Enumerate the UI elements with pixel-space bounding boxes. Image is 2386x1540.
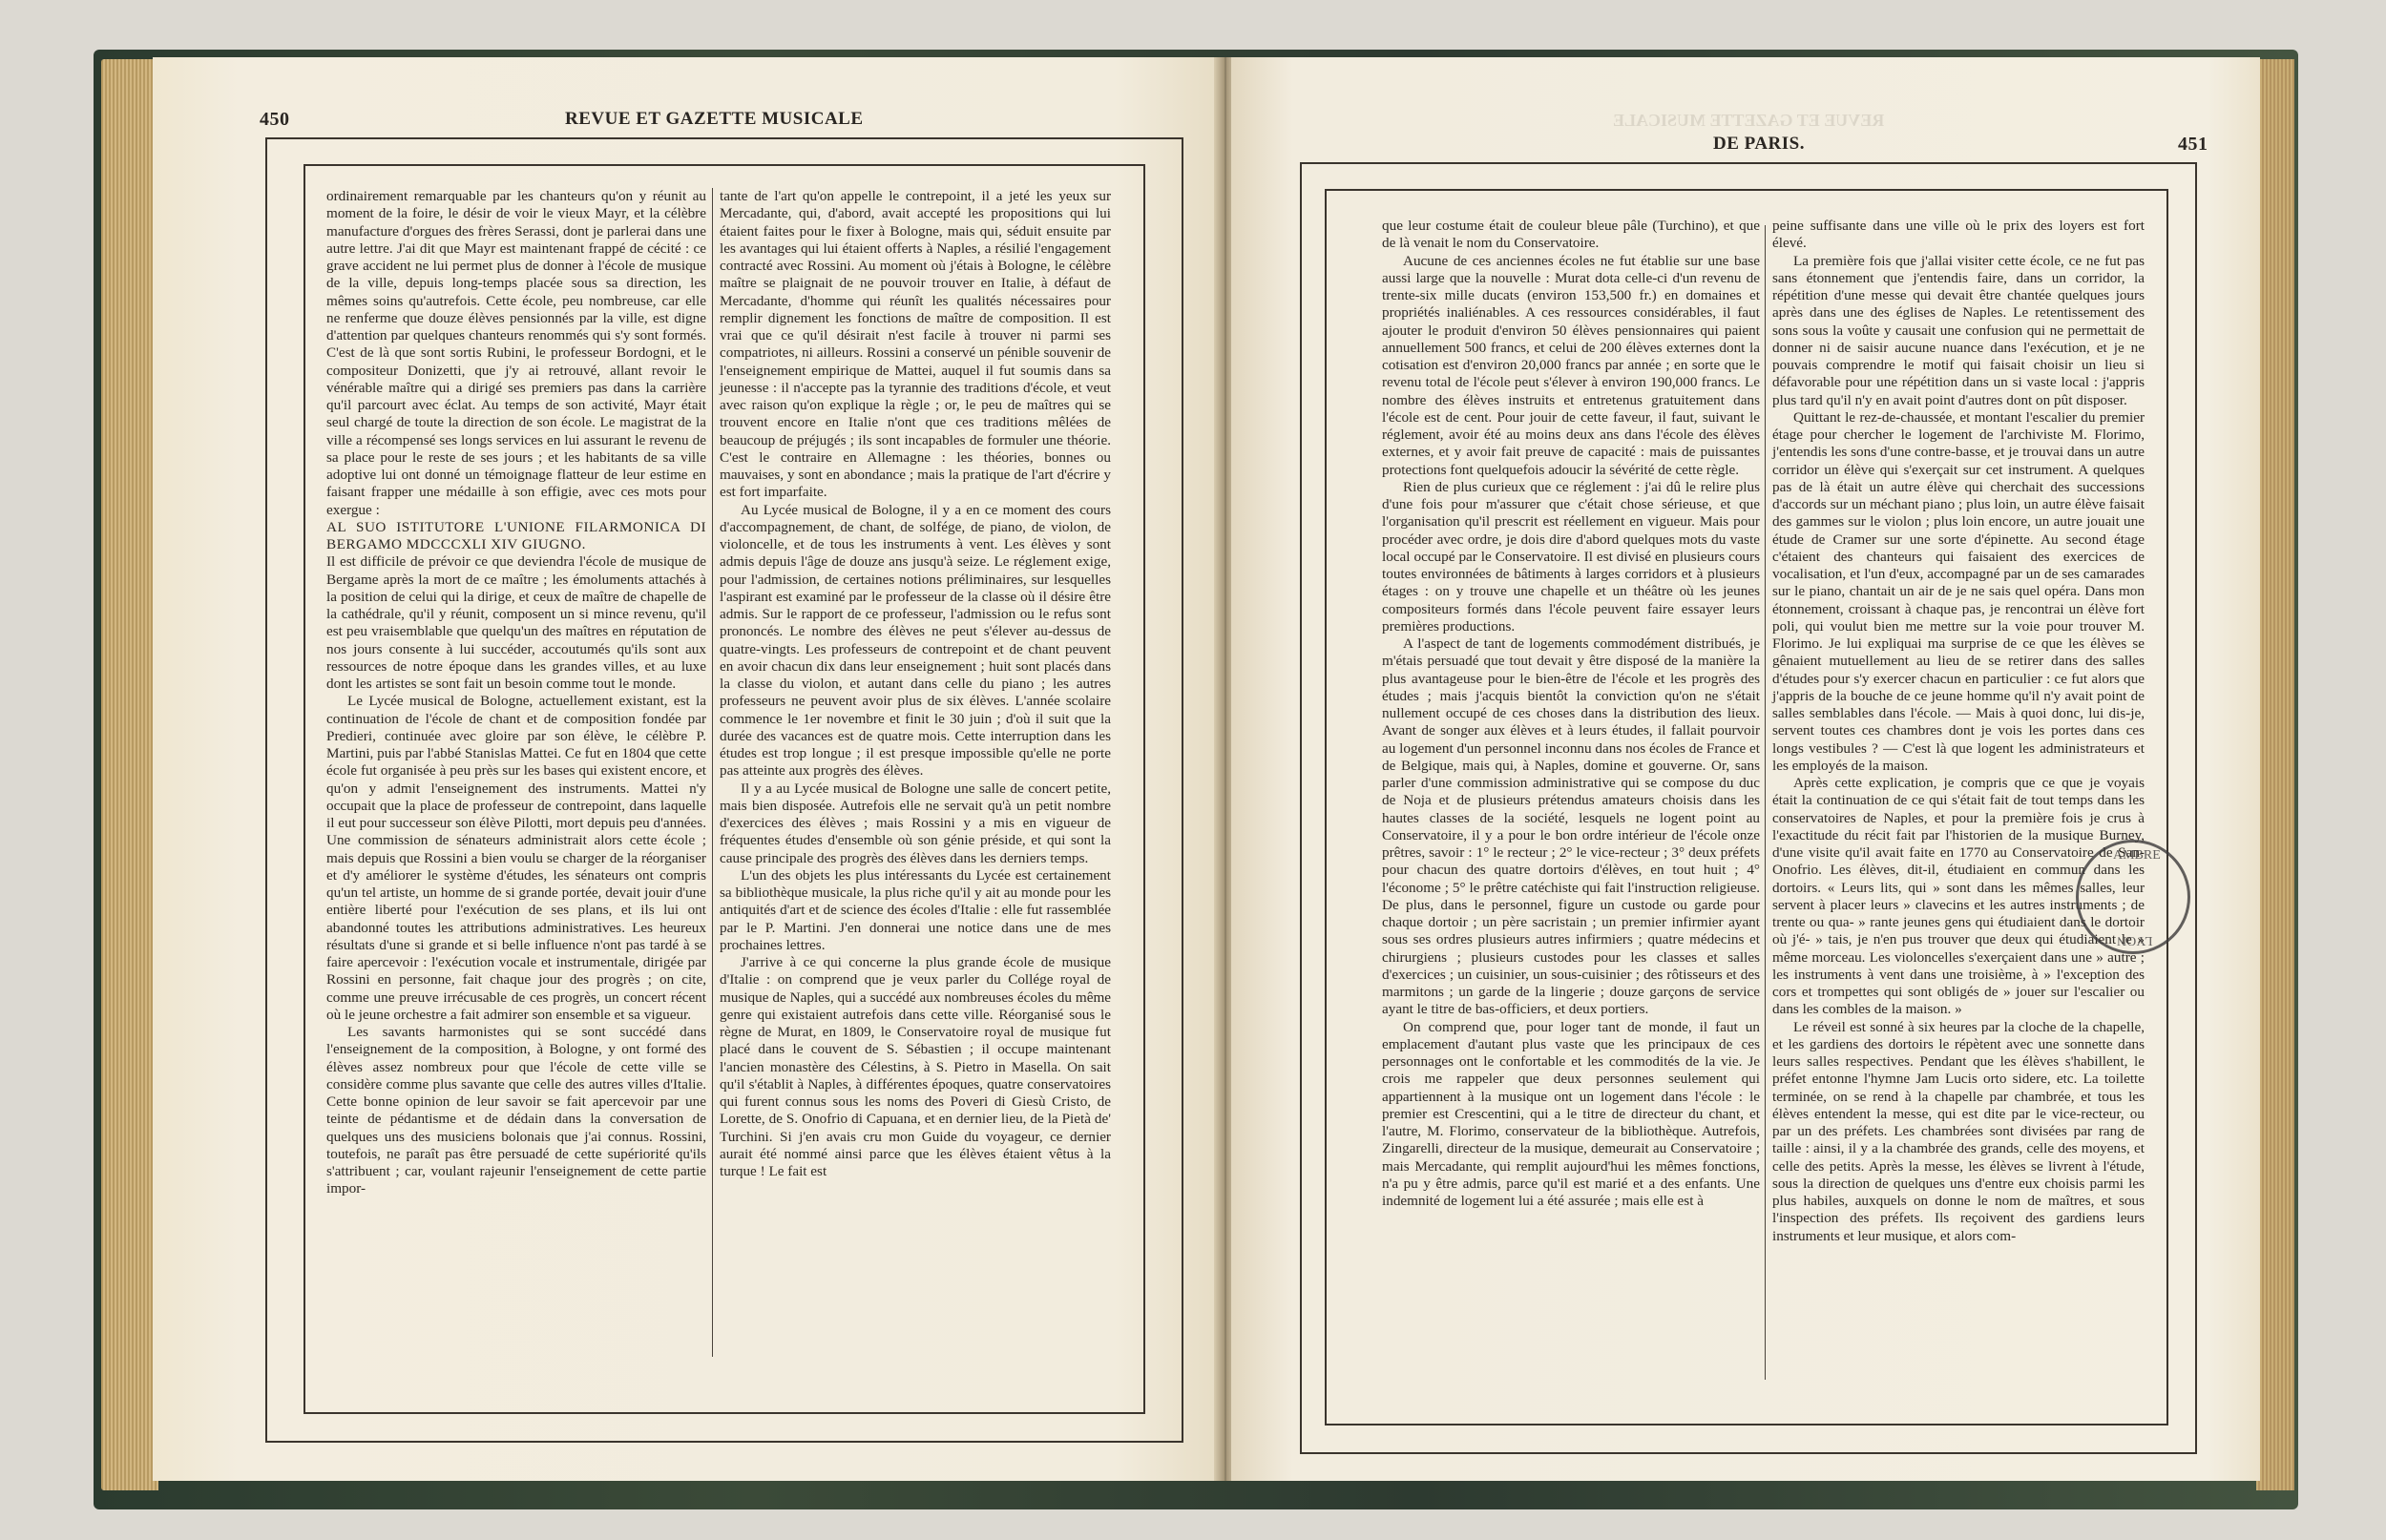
- paragraph: Rien de plus curieux que ce réglement : …: [1382, 479, 1760, 635]
- left-page-column-1: ordinairement remarquable par les chante…: [326, 188, 706, 1198]
- paragraph: On comprend que, pour loger tant de mond…: [1382, 1019, 1760, 1211]
- stamp-text-top: AMBRE: [2113, 848, 2161, 864]
- library-stamp: AMBRE LYON: [2076, 840, 2190, 954]
- right-page-column-1: que leur costume était de couleur bleue …: [1382, 218, 1760, 1210]
- paragraph: Au Lycée musical de Bologne, il y a en c…: [720, 502, 1111, 780]
- paragraph: J'arrive à ce qui concerne la plus grand…: [720, 954, 1111, 1180]
- paragraph: La première fois que j'allai visiter cet…: [1772, 253, 2145, 409]
- paragraph: ordinairement remarquable par les chante…: [326, 188, 706, 519]
- paragraph: A l'aspect de tant de logements commodém…: [1382, 635, 1760, 1019]
- left-column-rule: [712, 188, 713, 1357]
- paragraph: que leur costume était de couleur bleue …: [1382, 218, 1760, 253]
- paragraph: Aucune de ces anciennes écoles ne fut ét…: [1382, 253, 1760, 479]
- paragraph: Les savants harmonistes qui se sont succ…: [326, 1024, 706, 1198]
- left-page-number: 450: [260, 109, 290, 131]
- left-running-head: REVUE ET GAZETTE MUSICALE: [565, 109, 864, 130]
- right-page-column-2: peine suffisante dans une ville où le pr…: [1772, 218, 2145, 1245]
- right-running-head: DE PARIS.: [1713, 134, 1805, 155]
- show-through-text: REVUE ET GAZETTE MUSICALE: [1613, 111, 1884, 131]
- paragraph: Quittant le rez-de-chaussée, et montant …: [1772, 409, 2145, 775]
- paragraph: Le réveil est sonné à six heures par la …: [1772, 1019, 2145, 1245]
- paragraph: tante de l'art qu'on appelle le contrepo…: [720, 188, 1111, 502]
- paragraph: Il y a au Lycée musical de Bologne une s…: [720, 780, 1111, 867]
- page-edges-left: [101, 59, 158, 1490]
- paragraph: Il est difficile de prévoir ce que devie…: [326, 553, 706, 693]
- medal-inscription: AL SUO ISTITUTORE L'UNIONE FILARMONICA D…: [326, 519, 706, 554]
- paragraph: Le Lycée musical de Bologne, actuellemen…: [326, 693, 706, 1024]
- page-edges-right: [2256, 59, 2294, 1490]
- right-column-rule: [1765, 225, 1766, 1380]
- paragraph: L'un des objets les plus intéressants du…: [720, 867, 1111, 954]
- right-page-number: 451: [2178, 134, 2208, 156]
- left-page-column-2: tante de l'art qu'on appelle le contrepo…: [720, 188, 1111, 1180]
- stamp-text-bottom: LYON: [2117, 932, 2152, 947]
- paragraph: peine suffisante dans une ville où le pr…: [1772, 218, 2145, 253]
